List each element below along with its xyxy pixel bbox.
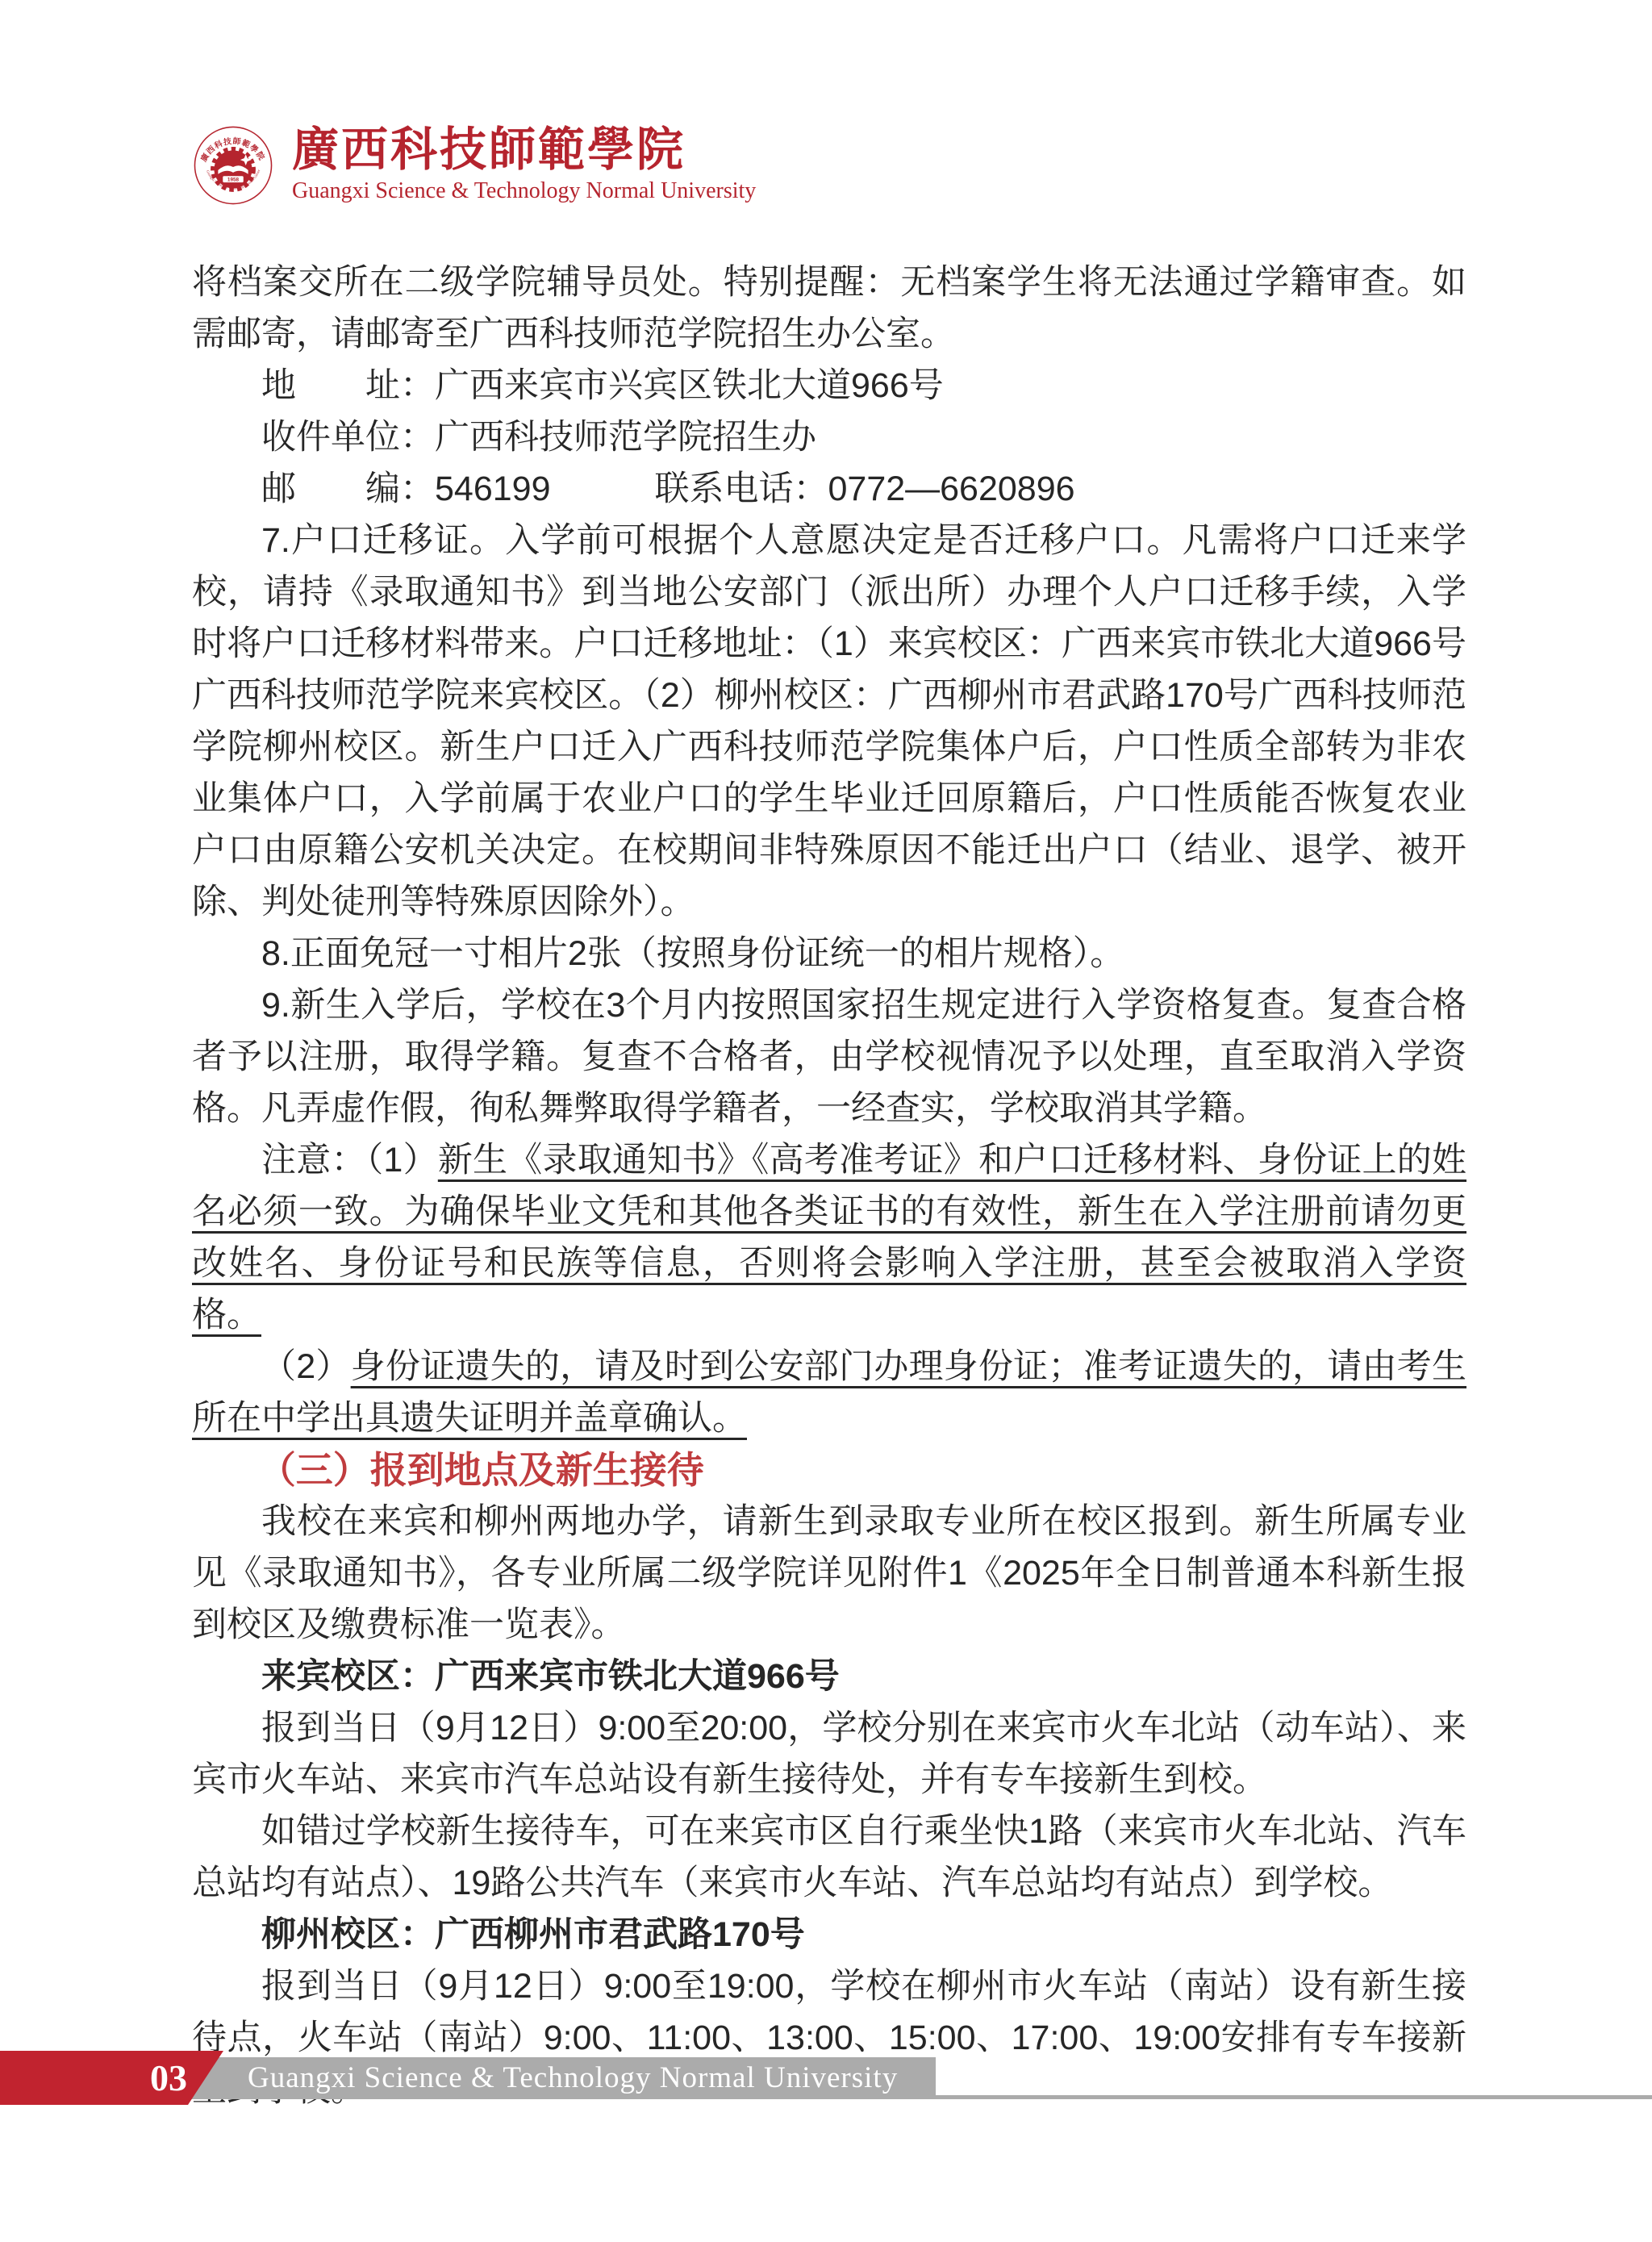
section-heading: （三）报到地点及新生接待 <box>192 1444 1466 1496</box>
text-run: 注意：（1） <box>261 1141 438 1179</box>
text-run: 我校在来宾和柳州两地办学，请新生到录取专业所在校区报到。新生所属专业见《录取通知… <box>192 1502 1466 1644</box>
document-page: 廣西科技師範學院 Guangxi Science & Technology No… <box>0 0 1652 2242</box>
paragraph: 7.户口迁移证。入学前可根据个人意愿决定是否迁移户口。凡需将户口迁来学校，请持《… <box>192 515 1466 928</box>
paragraph: 如错过学校新生接待车，可在来宾市区自行乘坐快1路（来宾市火车北站、汽车总站均有站… <box>192 1806 1466 1909</box>
address-line: 地 址：广西来宾市兴宾区铁北大道966号 <box>192 360 1466 411</box>
text-run: 地 址：广西来宾市兴宾区铁北大道966号 <box>261 366 944 405</box>
text-run: 来宾校区：广西来宾市铁北大道966号 <box>261 1657 840 1696</box>
text-run: 柳州校区：广西柳州市君武路170号 <box>261 1915 805 1954</box>
text-run: 邮 编：546199 联系电话：0772—6620896 <box>261 470 1075 508</box>
address-line: 邮 编：546199 联系电话：0772—6620896 <box>192 463 1466 515</box>
university-name-english: Guangxi Science & Technology Normal Univ… <box>292 179 905 203</box>
footer-rule-line <box>936 2095 1652 2099</box>
paragraph: 注意：（1）新生《录取通知书》《高考准考证》和户口迁移材料、身份证上的姓名必须一… <box>192 1134 1466 1341</box>
paragraph: 报到当日（9月12日）9:00至20:00，学校分别在来宾市火车北站（动车站）、… <box>192 1702 1466 1806</box>
underlined-text-run: 身份证遗失的，请及时到公安部门办理身份证；准考证遗失的，请由考生所在中学出具遗失… <box>192 1347 1466 1438</box>
address-line: 收件单位：广西科技师范学院招生办 <box>192 411 1466 463</box>
text-run: 收件单位：广西科技师范学院招生办 <box>261 418 816 457</box>
text-run: 8.正面免冠一寸相片2张（按照身份证统一的相片规格）。 <box>261 934 1124 973</box>
seal-year-text: 1958 <box>227 177 240 183</box>
paragraph: （2）身份证遗失的，请及时到公安部门办理身份证；准考证遗失的，请由考生所在中学出… <box>192 1341 1466 1444</box>
body-text: 将档案交所在二级学院辅导员处。特别提醒：无档案学生将无法通过学籍审查。如需邮寄，… <box>192 257 1466 2115</box>
paragraph: 我校在来宾和柳州两地办学，请新生到录取专业所在校区报到。新生所属专业见《录取通知… <box>192 1496 1466 1651</box>
text-run: 7.户口迁移证。入学前可根据个人意愿决定是否迁移户口。凡需将户口迁来学校，请持《… <box>192 521 1466 921</box>
page-number: 03 <box>150 2051 187 2105</box>
paragraph: 柳州校区：广西柳州市君武路170号 <box>192 1909 1466 1960</box>
university-name-chinese: 廣西科技師範學院 <box>292 121 905 177</box>
logo-wordmark: 廣西科技師範學院 Guangxi Science & Technology No… <box>292 121 905 203</box>
text-run: 如错过学校新生接待车，可在来宾市区自行乘坐快1路（来宾市火车北站、汽车总站均有站… <box>192 1812 1466 1902</box>
text-run: 9.新生入学后，学校在3个月内按照国家招生规定进行入学资格复查。复查合格者予以注… <box>192 986 1466 1128</box>
paragraph: 9.新生入学后，学校在3个月内按照国家招生规定进行入学资格复查。复查合格者予以注… <box>192 979 1466 1134</box>
text-run: （三）报到地点及新生接待 <box>259 1449 704 1491</box>
paragraph: 来宾校区：广西来宾市铁北大道966号 <box>192 1651 1466 1702</box>
text-run: 报到当日（9月12日）9:00至20:00，学校分别在来宾市火车北站（动车站）、… <box>192 1709 1466 1799</box>
paragraph: 8.正面免冠一寸相片2张（按照身份证统一的相片规格）。 <box>192 928 1466 979</box>
text-run: 将档案交所在二级学院辅导员处。特别提醒：无档案学生将无法通过学籍审查。如需邮寄，… <box>192 263 1466 353</box>
text-run: （2） <box>261 1347 351 1386</box>
footer-page-banner: 03 <box>0 2051 223 2105</box>
university-seal-logo: 廣西科技師範學院 Guangxi Science & Technology No… <box>194 125 273 206</box>
footer-university-name: Guangxi Science & Technology Normal Univ… <box>248 2057 898 2099</box>
paragraph: 将档案交所在二级学院辅导员处。特别提醒：无档案学生将无法通过学籍审查。如需邮寄，… <box>192 257 1466 360</box>
